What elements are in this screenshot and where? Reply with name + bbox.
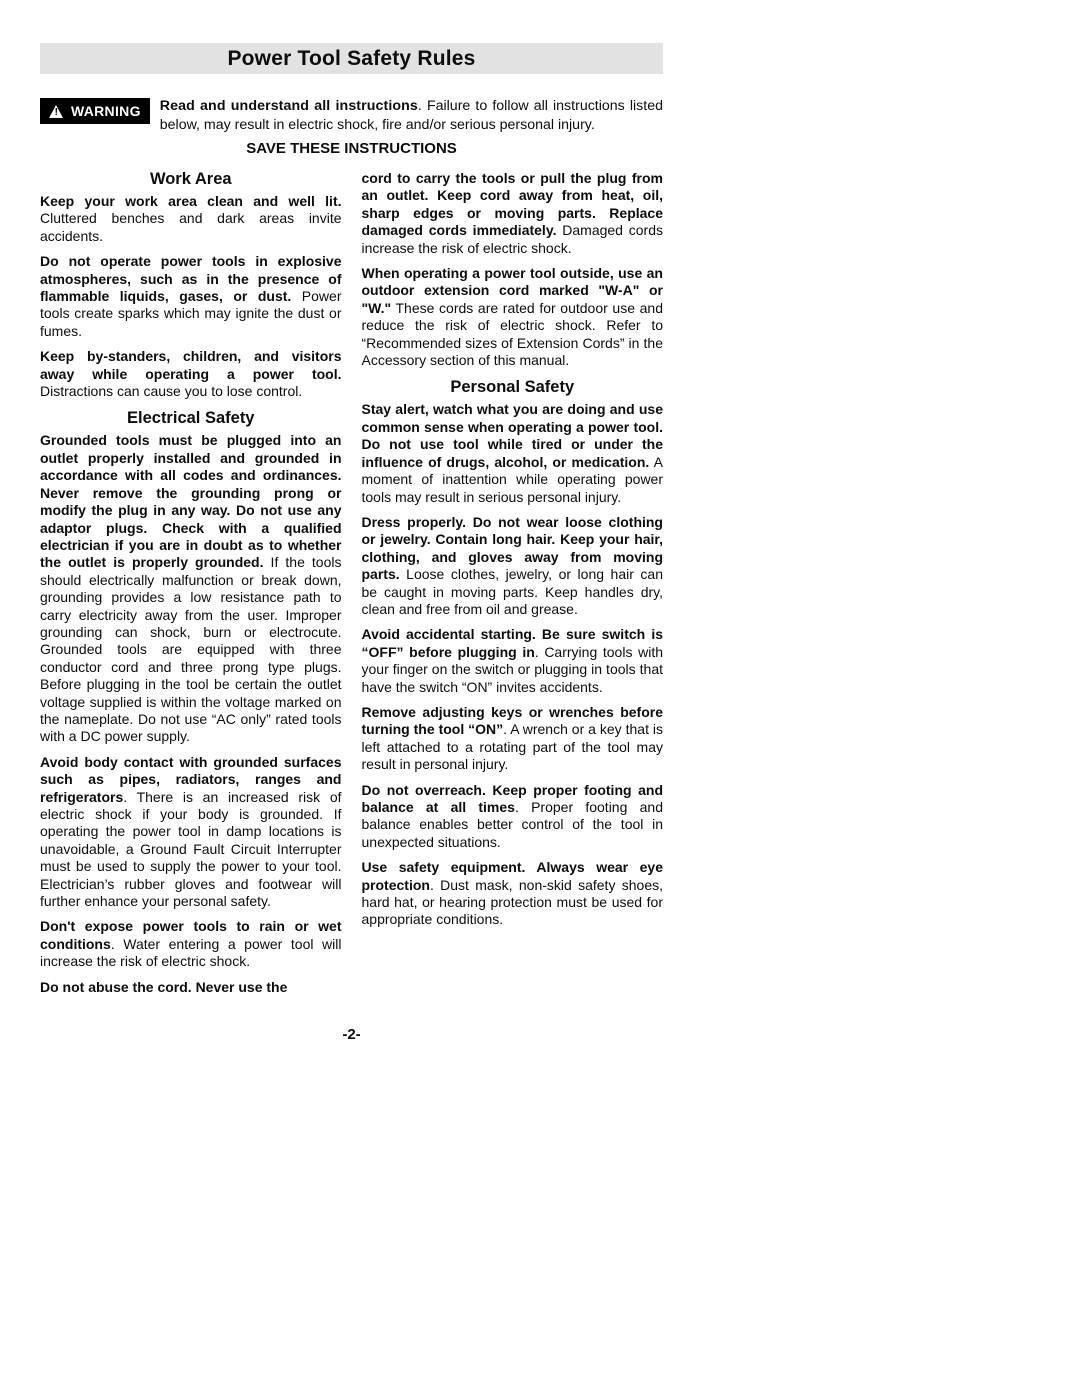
safety-paragraph: Keep by-standers, children, and visitors… (40, 348, 342, 400)
safety-paragraph: Do not overreach. Keep proper footing an… (362, 782, 664, 852)
safety-paragraph: Do not operate power tools in explosive … (40, 253, 342, 340)
safety-paragraph: Avoid body contact with grounded surface… (40, 754, 342, 911)
warning-section: ! WARNING Read and understand all instru… (40, 97, 663, 134)
page-title: Power Tool Safety Rules (40, 43, 663, 74)
warning-badge-label: WARNING (71, 103, 141, 119)
section-heading: Personal Safety (362, 378, 664, 397)
warning-text-bold: Read and understand all instructions (160, 98, 418, 114)
paragraph-text: Cluttered benches and dark areas invite … (40, 210, 342, 243)
paragraph-text: . There is an increased risk of electric… (40, 789, 342, 909)
safety-paragraph: Dress properly. Do not wear loose clothi… (362, 514, 664, 618)
section-heading: Electrical Safety (40, 409, 342, 428)
safety-paragraph: Grounded tools must be plugged into an o… (40, 432, 342, 745)
page-number: -2- (40, 1026, 663, 1043)
safety-paragraph: Stay alert, watch what you are doing and… (362, 401, 664, 505)
paragraph-lead-bold: Grounded tools must be plugged into an o… (40, 432, 342, 570)
safety-paragraph: cord to carry the tools or pull the plug… (362, 170, 664, 257)
paragraph-lead-bold: Keep your work area clean and well lit. (40, 193, 342, 209)
safety-paragraph: Use safety equipment. Always wear eye pr… (362, 859, 664, 929)
paragraph-lead-bold: Keep by-standers, children, and visitors… (40, 348, 342, 381)
paragraph-text: Distractions can cause you to lose contr… (40, 383, 302, 399)
paragraph-text: Loose clothes, jewelry, or long hair can… (362, 566, 664, 617)
safety-paragraph: Remove adjusting keys or wrenches before… (362, 704, 664, 774)
left-column: Work AreaKeep your work area clean and w… (40, 170, 342, 1004)
safety-paragraph: Avoid accidental starting. Be sure switc… (362, 626, 664, 696)
right-column: cord to carry the tools or pull the plug… (362, 170, 664, 1004)
warning-badge: ! WARNING (40, 98, 150, 124)
safety-paragraph: Keep your work area clean and well lit. … (40, 193, 342, 245)
manual-page: Power Tool Safety Rules ! WARNING Read a… (40, 43, 663, 1043)
paragraph-text: If the tools should electrically malfunc… (40, 554, 342, 744)
warning-text: Read and understand all instructions. Fa… (160, 97, 663, 134)
save-instructions-heading: SAVE THESE INSTRUCTIONS (40, 140, 663, 157)
section-heading: Work Area (40, 170, 342, 189)
paragraph-text: These cords are rated for outdoor use an… (362, 300, 664, 368)
warning-triangle-icon: ! (49, 105, 64, 118)
paragraph-lead-bold: Stay alert, watch what you are doing and… (362, 401, 664, 469)
safety-paragraph: When operating a power tool outside, use… (362, 265, 664, 369)
two-column-body: Work AreaKeep your work area clean and w… (40, 170, 663, 1004)
safety-paragraph: Do not abuse the cord. Never use the (40, 979, 342, 996)
safety-paragraph: Don't expose power tools to rain or wet … (40, 918, 342, 970)
paragraph-lead-bold: Do not abuse the cord. Never use the (40, 979, 287, 995)
